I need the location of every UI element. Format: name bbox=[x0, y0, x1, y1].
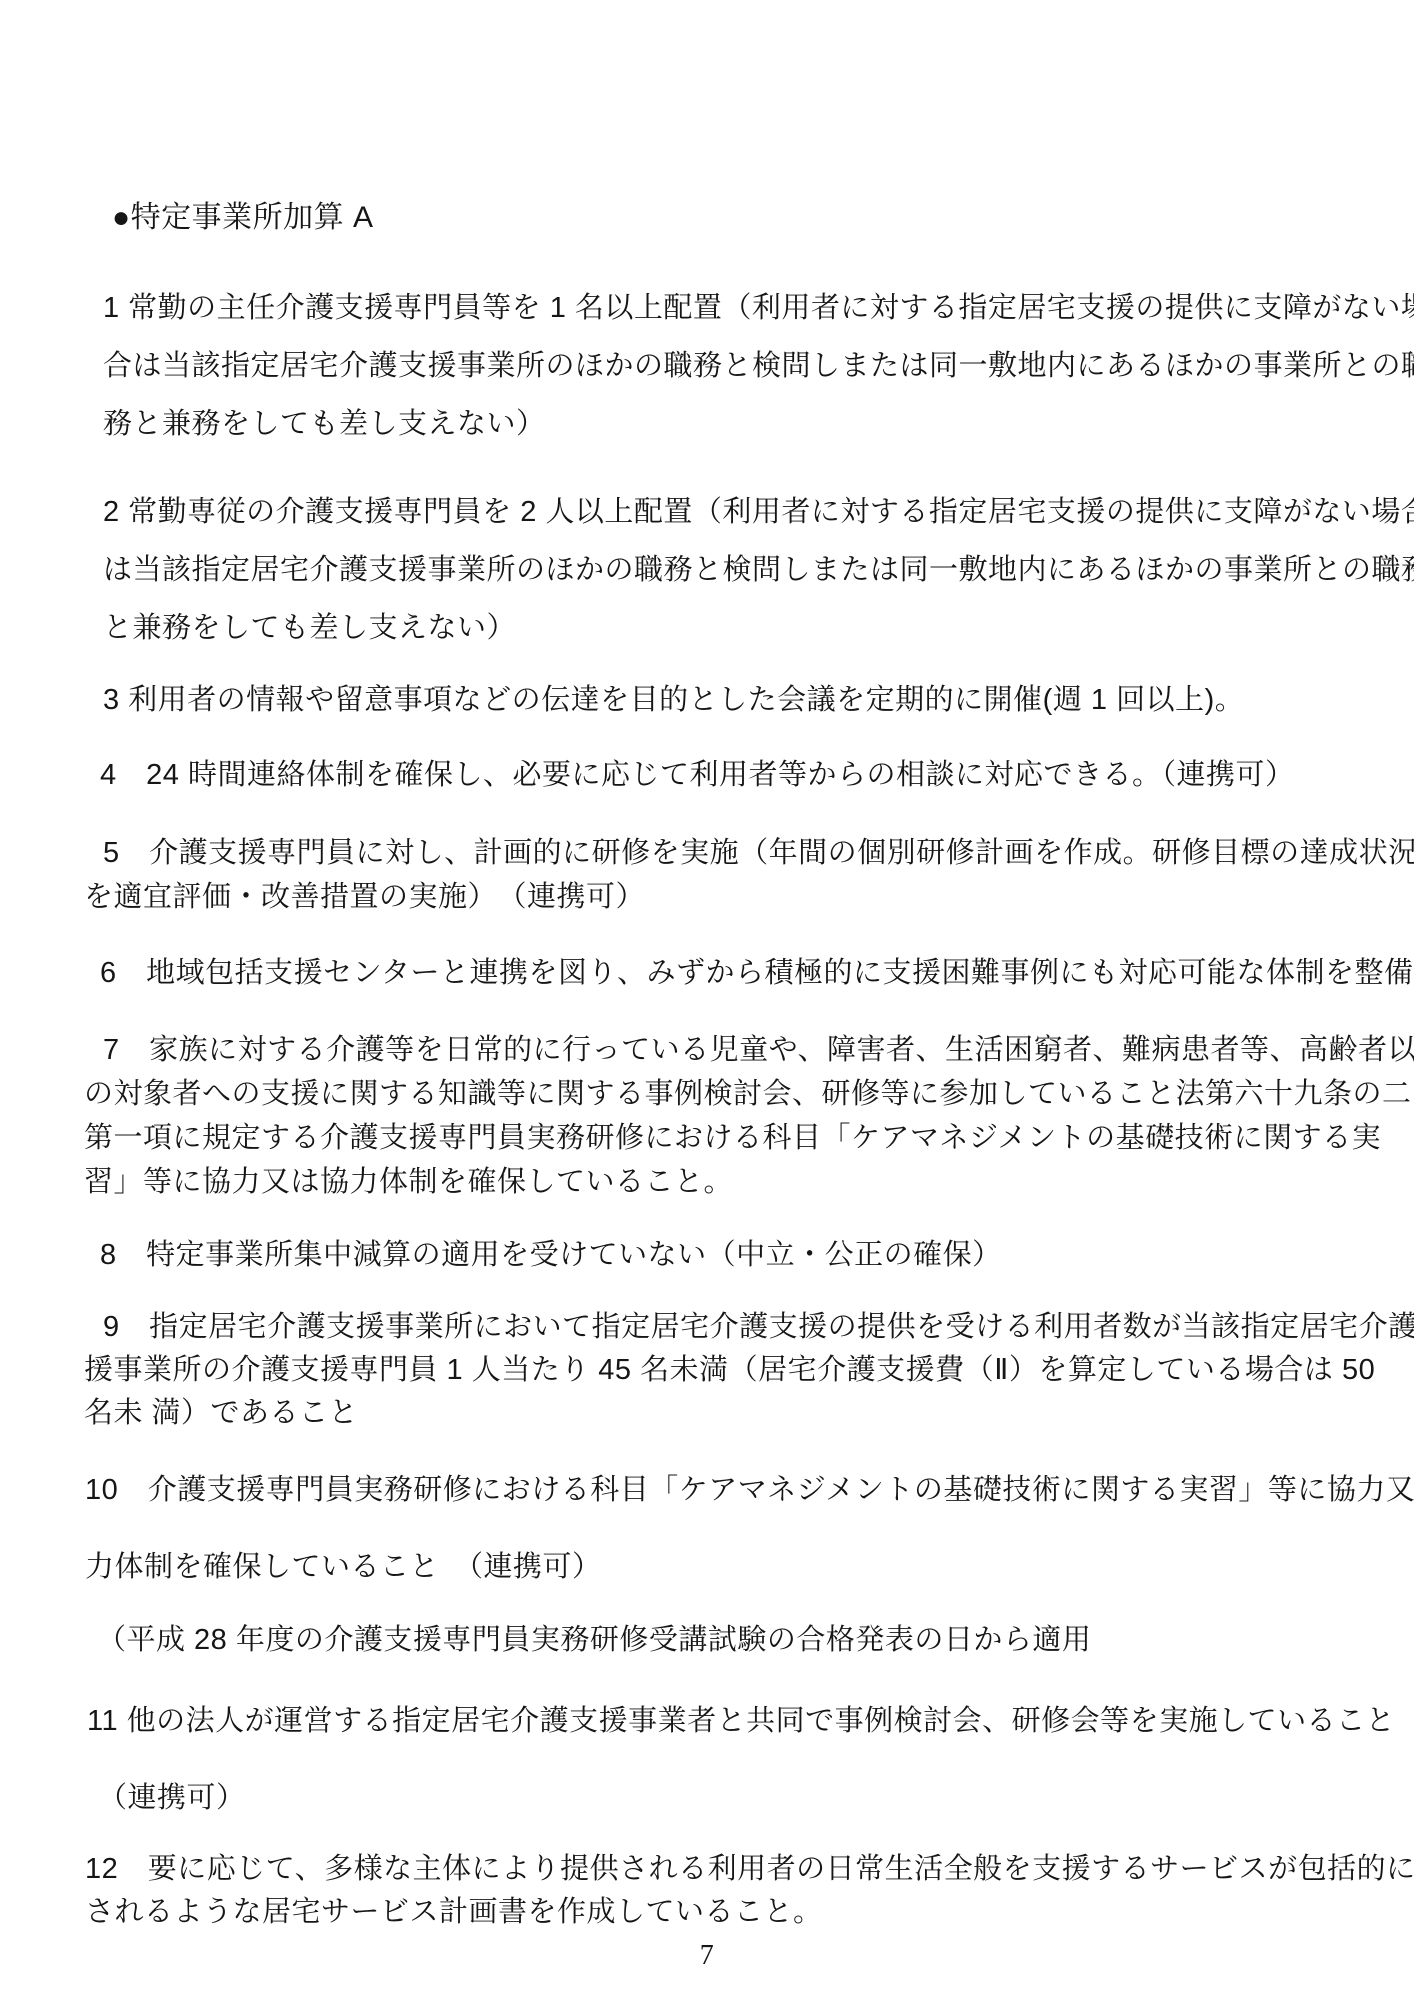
item-5: 5 介護支援専門員に対し、計画的に研修を実施（年間の個別研修計画を作成。研修目標… bbox=[84, 831, 1414, 919]
renkei-note-text: （連携可） bbox=[98, 1778, 246, 1818]
item-6: 6 地域包括支援センターと連携を図り、みずから積極的に支援困難事例にも対応可能な… bbox=[100, 953, 1413, 993]
renkei-note: （連携可） bbox=[98, 1778, 246, 1818]
item-9-line-3: 名未 満）であること bbox=[84, 1392, 1414, 1435]
item-1-line-3: 務と兼務をしても差し支えない） bbox=[103, 395, 1414, 453]
item-1-line-1: 1 常勤の主任介護支援専門員等を 1 名以上配置（利用者に対する指定居宅支援の提… bbox=[103, 279, 1414, 337]
item-8: 8 特定事業所集中減算の適用を受けていない（中立・公正の確保） bbox=[100, 1235, 1002, 1275]
item-11-line-1: 11 他の法人が運営する指定居宅介護支援事業者と共同で事例検討会、研修会等を実施… bbox=[87, 1701, 1395, 1741]
item-7-line-2: の対象者への支援に関する知識等に関する事例検討会、研修等に参加していること法第六… bbox=[84, 1072, 1414, 1116]
item-2: 2 常勤専従の介護支援専門員を 2 人以上配置（利用者に対する指定居宅支援の提供… bbox=[103, 483, 1414, 657]
item-5-line-2: を適宜評価・改善措置の実施） （連携可） bbox=[84, 875, 1414, 919]
item-9: 9 指定居宅介護支援事業所において指定居宅介護支援の提供を受ける利用者数が当該指… bbox=[84, 1306, 1414, 1435]
item-7-line-1: 7 家族に対する介護等を日常的に行っている児童や、障害者、生活困窮者、難病患者等… bbox=[84, 1028, 1414, 1072]
item-10-line-2: 力体制を確保していること （連携可） bbox=[85, 1529, 1414, 1606]
heisei-note-text: （平成 28 年度の介護支援専門員実務研修受講試験の合格発表の日から適用 bbox=[97, 1620, 1091, 1660]
item-12-line-1: 12 要に応じて、多様な主体により提供される利用者の日常生活全般を支援するサービ… bbox=[85, 1848, 1414, 1891]
item-10-line-1: 10 介護支援専門員実務研修における科目「ケアマネジメントの基礎技術に関する実習… bbox=[85, 1452, 1414, 1529]
item-11: 11 他の法人が運営する指定居宅介護支援事業者と共同で事例検討会、研修会等を実施… bbox=[87, 1701, 1395, 1741]
item-8-line-1: 8 特定事業所集中減算の適用を受けていない（中立・公正の確保） bbox=[100, 1235, 1002, 1275]
item-5-line-1: 5 介護支援専門員に対し、計画的に研修を実施（年間の個別研修計画を作成。研修目標… bbox=[84, 831, 1414, 875]
item-4-line-1: 4 24 時間連絡体制を確保し、必要に応じて利用者等からの相談に対応できる。（連… bbox=[100, 755, 1294, 795]
item-2-line-3: と兼務をしても差し支えない） bbox=[103, 599, 1414, 657]
item-7-line-3: 第一項に規定する介護支援専門員実務研修における科目「ケアマネジメントの基礎技術に… bbox=[84, 1116, 1414, 1160]
item-7: 7 家族に対する介護等を日常的に行っている児童や、障害者、生活困窮者、難病患者等… bbox=[84, 1028, 1414, 1204]
page-title-text: ●特定事業所加算 A bbox=[112, 200, 373, 236]
item-2-line-1: 2 常勤専従の介護支援専門員を 2 人以上配置（利用者に対する指定居宅支援の提供… bbox=[103, 483, 1414, 541]
item-12: 12 要に応じて、多様な主体により提供される利用者の日常生活全般を支援するサービ… bbox=[85, 1848, 1414, 1934]
page-title: ●特定事業所加算 A bbox=[112, 200, 373, 236]
item-1-line-2: 合は当該指定居宅介護支援事業所のほかの職務と検問しまたは同一敷地内にあるほかの事… bbox=[103, 337, 1414, 395]
item-1: 1 常勤の主任介護支援専門員等を 1 名以上配置（利用者に対する指定居宅支援の提… bbox=[103, 279, 1414, 453]
item-3-line-1: 3 利用者の情報や留意事項などの伝達を目的とした会議を定期的に開催(週 1 回以… bbox=[103, 680, 1244, 720]
heisei-note: （平成 28 年度の介護支援専門員実務研修受講試験の合格発表の日から適用 bbox=[97, 1620, 1091, 1660]
item-9-line-1: 9 指定居宅介護支援事業所において指定居宅介護支援の提供を受ける利用者数が当該指… bbox=[84, 1306, 1414, 1349]
document-page: ●特定事業所加算 A 1 常勤の主任介護支援専門員等を 1 名以上配置（利用者に… bbox=[0, 0, 1414, 2000]
item-4: 4 24 時間連絡体制を確保し、必要に応じて利用者等からの相談に対応できる。（連… bbox=[100, 755, 1294, 795]
item-10: 10 介護支援専門員実務研修における科目「ケアマネジメントの基礎技術に関する実習… bbox=[85, 1452, 1414, 1606]
item-9-line-2: 援事業所の介護支援専門員 1 人当たり 45 名未満（居宅介護支援費（Ⅱ）を算定… bbox=[84, 1349, 1414, 1392]
page-number: 7 bbox=[0, 1938, 1414, 1974]
item-3: 3 利用者の情報や留意事項などの伝達を目的とした会議を定期的に開催(週 1 回以… bbox=[103, 680, 1244, 720]
item-2-line-2: は当該指定居宅介護支援事業所のほかの職務と検問しまたは同一敷地内にあるほかの事業… bbox=[103, 541, 1414, 599]
item-7-line-4: 習」等に協力又は協力体制を確保していること。 bbox=[84, 1160, 1414, 1204]
item-12-line-2: されるような居宅サービス計画書を作成していること。 bbox=[85, 1891, 1414, 1934]
item-6-line-1: 6 地域包括支援センターと連携を図り、みずから積極的に支援困難事例にも対応可能な… bbox=[100, 953, 1413, 993]
